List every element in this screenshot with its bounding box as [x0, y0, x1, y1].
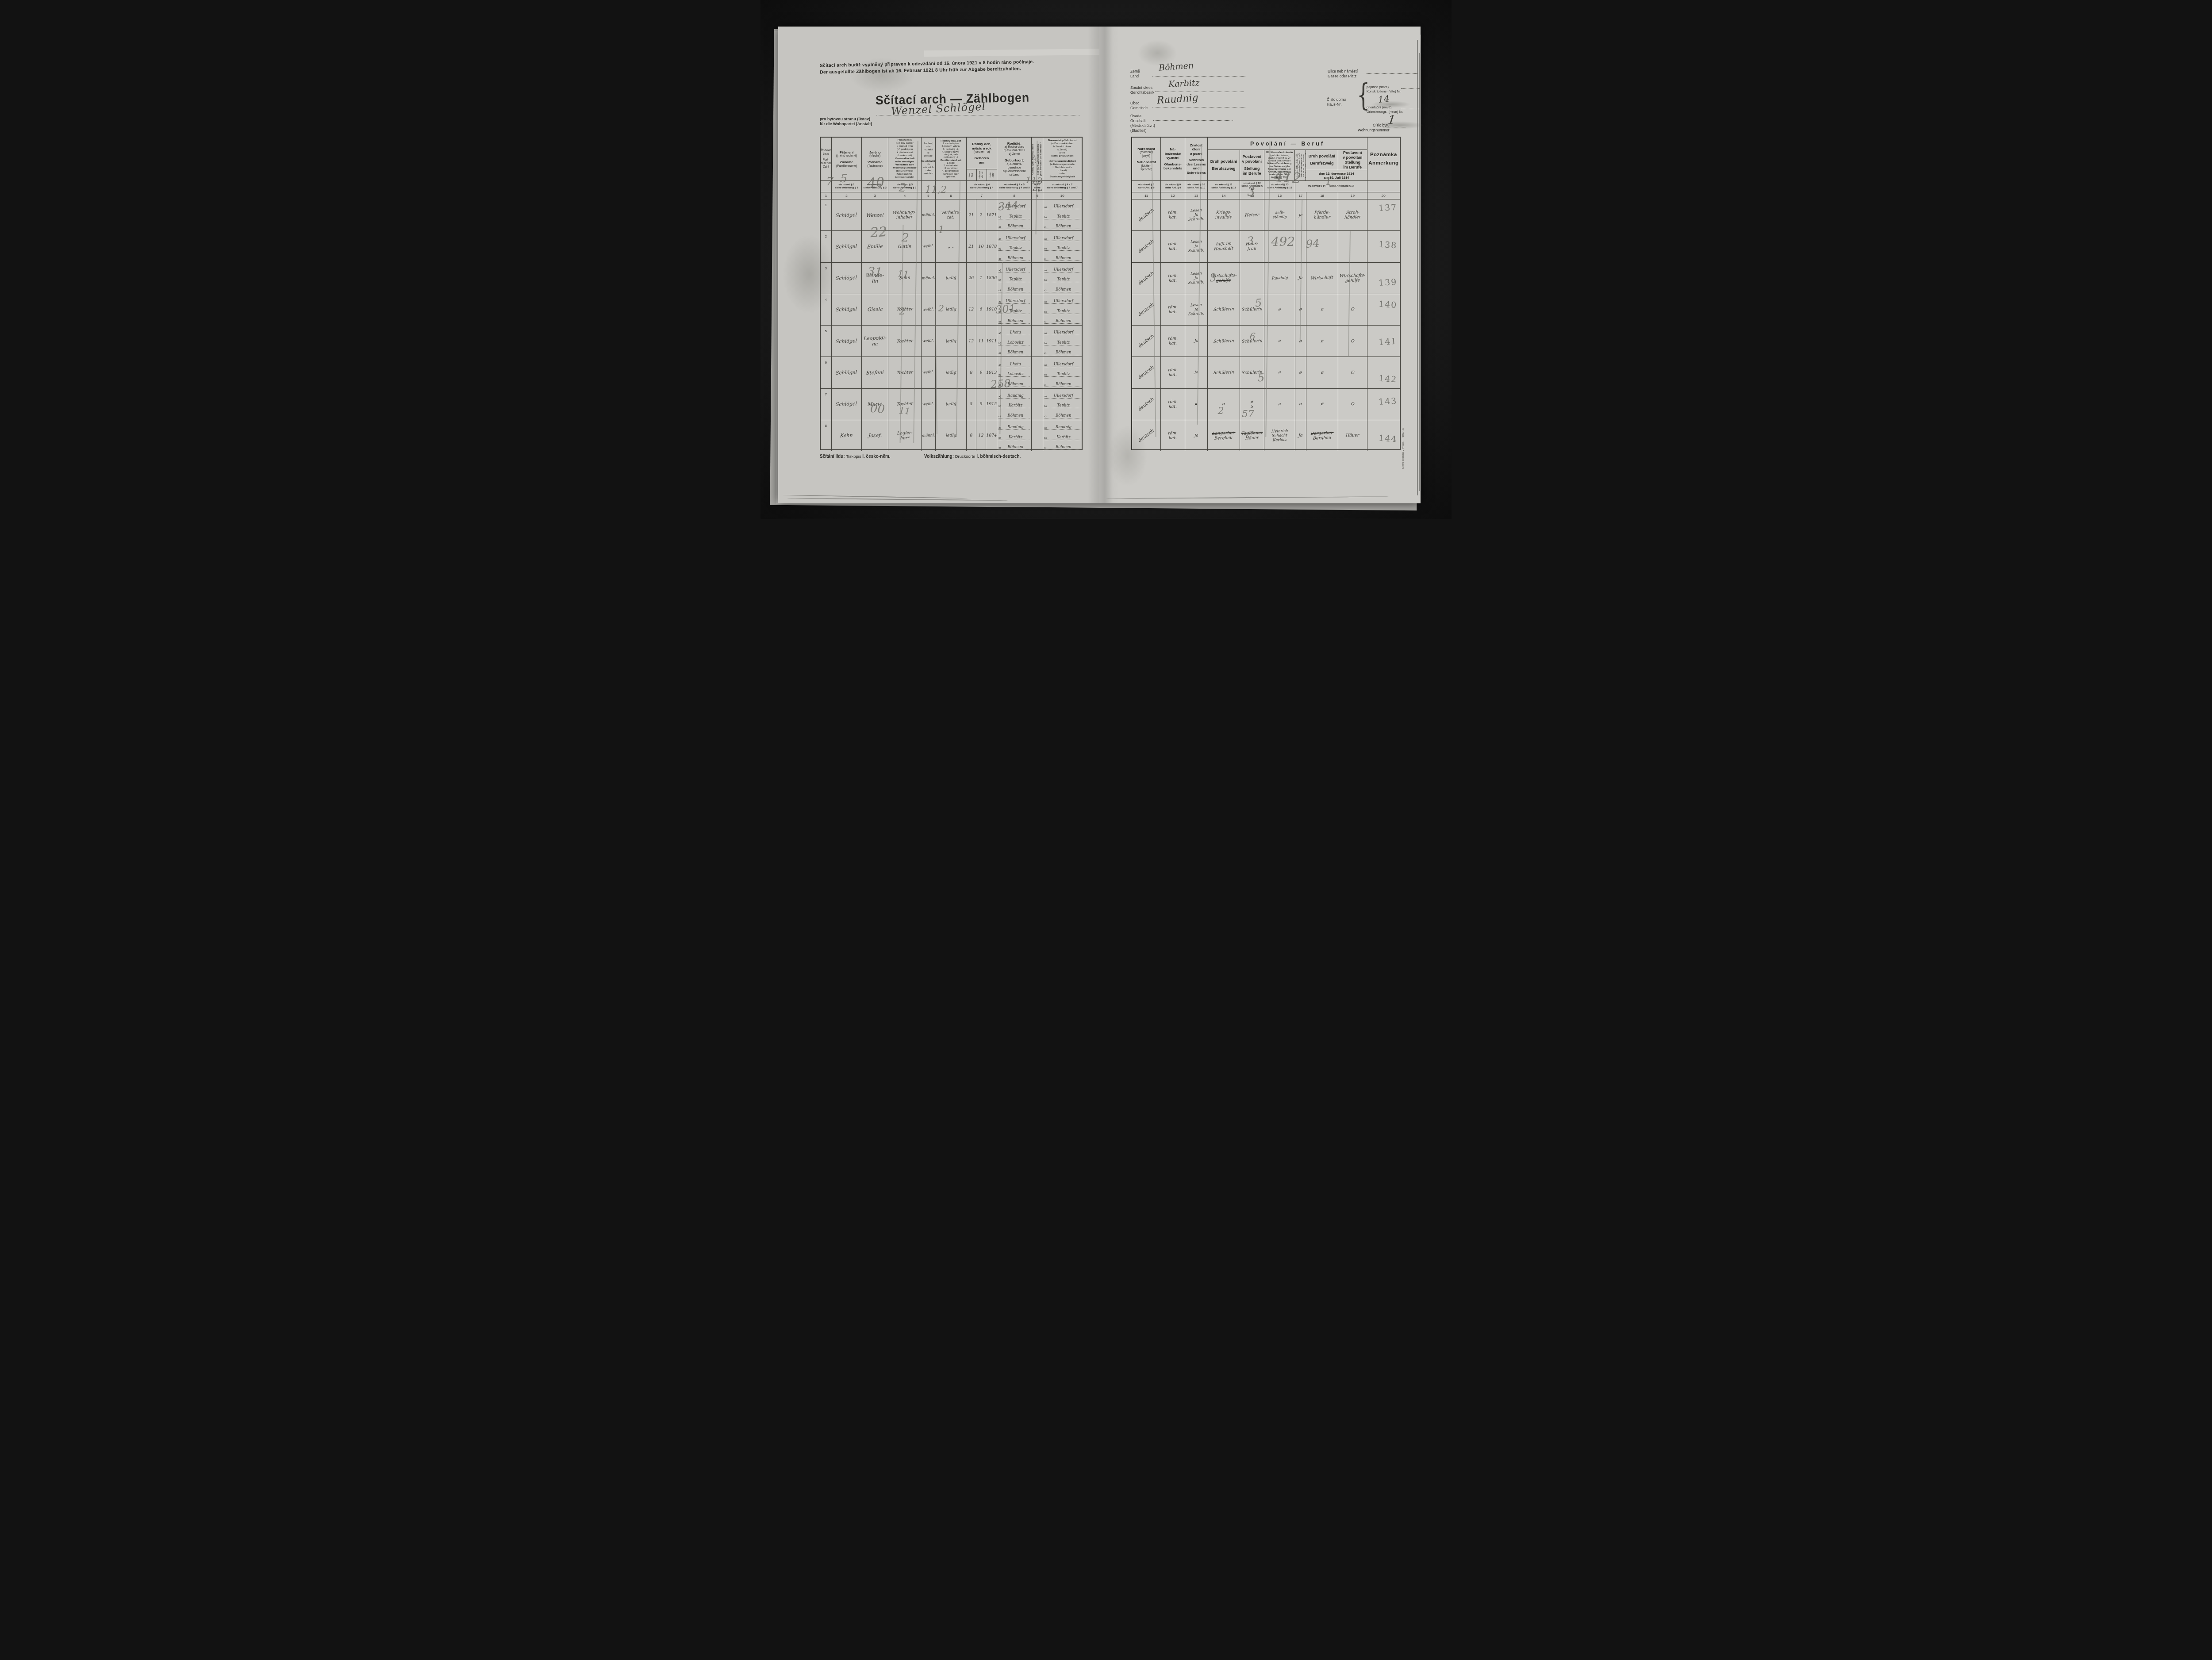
cell-col-20: 142	[1367, 357, 1400, 388]
column-header-12: Ná-boženskévyznáníGlaubens-bekenntnis	[1161, 138, 1185, 180]
table-row: deutschröm.kat.LesenJaSchreib.Wirtschaft…	[1132, 262, 1400, 294]
header-content: Rodinný stav, zda1. svobodný -á,2. ženat…	[936, 138, 966, 180]
table-row: 1SchlögelWenzelWohnungs-inhabermännl.ver…	[821, 199, 1082, 230]
cell-col-14: Wirtschafts-gehilfe	[1208, 263, 1240, 294]
land-line	[1152, 76, 1245, 77]
footnote-6	[936, 181, 967, 192]
scanned-census-sheet: Sčítací arch budiž vyplněný připraven k …	[760, 0, 1452, 519]
cell-col-5: männl.	[922, 420, 936, 451]
cell-col-15: Schülerin	[1240, 357, 1265, 388]
cell-col-14: Schülerin	[1208, 326, 1240, 357]
cell-col-12: röm.kat.	[1161, 389, 1185, 420]
column-number-15: 15	[1240, 192, 1265, 199]
footnote-4: viz návod § 3siehe Anleitung § 3	[888, 181, 921, 192]
cell-col-19: Stroh-händler	[1338, 199, 1367, 230]
cell-col-18: Pferde-händler	[1306, 199, 1339, 230]
cell-col-15	[1240, 263, 1265, 294]
cell-col-6: ledig	[936, 389, 967, 420]
header-content: Druh povoláníBerufszweig	[1306, 150, 1337, 170]
cell-col-6: „ „	[936, 231, 967, 262]
column-header-9: Od kdy bydlí zapsaná osobav obci?Seit wa…	[1032, 138, 1043, 180]
cell-col-1: 7	[821, 389, 832, 420]
column-header-17: Měla zapsaná osoba dne 16.července 1914 …	[1295, 150, 1306, 180]
header-content: Ná-boženskévyznáníGlaubens-bekenntnis	[1161, 138, 1184, 180]
cell-col-6: ledig	[936, 263, 967, 294]
column-number-20: 20	[1367, 192, 1400, 199]
cell-col-10: a)Ullersdorfb)Teplitzc)Böhmen	[1043, 326, 1082, 357]
table-row: deutschröm.kat.JaSchülerinSchülerinøøøO1…	[1132, 325, 1400, 357]
header-content: Od kdy bydlí zapsaná osobav obci?Seit wa…	[1032, 138, 1042, 180]
cell-col-7: 21101878	[967, 231, 998, 262]
cell-col-13: ø	[1185, 389, 1208, 420]
cell-col-6: ledig	[936, 357, 967, 388]
table-row: deutschröm.kat.JaLangarbei-BergbauTaglöh…	[1132, 420, 1400, 451]
cell-col-20: 141	[1367, 326, 1400, 357]
two-page-spread: Sčítací arch budiž vyplněný připraven k …	[778, 27, 1421, 503]
cell-col-16: ø	[1264, 357, 1295, 388]
column-number-9: 9	[1032, 192, 1043, 199]
cell-col-8: a)Ullersdorfb)Teplitzc)Böhmen	[997, 199, 1032, 230]
footer-german: Volkszählung: Drucksorte I. böhmisch-deu…	[924, 454, 1021, 459]
cell-col-16: ø	[1264, 389, 1295, 420]
cell-col-1: 5	[821, 326, 832, 357]
cell-col-2: Schlögel	[832, 199, 862, 230]
cell-col-7: 591915	[967, 389, 998, 420]
column-header-3: Jméno(křestní)Vorname(Taufname)	[862, 138, 888, 180]
cell-col-1: 3	[821, 263, 832, 294]
cell-col-18: Wirtschaft	[1306, 263, 1339, 294]
column-header-20: PoznámkaAnmerkung	[1367, 138, 1400, 180]
footnote-12: viz návod § 9siehe Anl. § 9	[1161, 181, 1185, 192]
cell-col-18	[1306, 231, 1339, 262]
cell-col-4: Logier-herr	[888, 420, 921, 451]
column-number-19: 19	[1338, 192, 1367, 199]
cell-col-17	[1295, 231, 1306, 262]
footnote-row: viz návod § 1siehe Anleitung § 1viz návo…	[821, 180, 1082, 192]
column-header-19: Postavenív povoláníStellungim Berufe	[1338, 150, 1367, 170]
column-header-16: Bližší označení závodu(podniku, ústavu,ú…	[1264, 150, 1295, 180]
field-land-label: Země Land	[1130, 69, 1140, 79]
pair-row: Druh povoláníBerufszweigPostavenív povol…	[1306, 150, 1367, 170]
cell-col-19: O	[1338, 357, 1367, 388]
cell-col-8: a)Ullersdorfb)Teplitzc)Böhmen	[997, 231, 1032, 262]
district-line	[1155, 92, 1244, 92]
cell-col-2: Kehn	[832, 420, 862, 451]
column-number-6: 6	[936, 192, 967, 199]
cell-col-12: röm.kat.	[1161, 357, 1185, 388]
table-row: deutschröm.kat.LesenJaSchreib.SchülerinS…	[1132, 294, 1400, 325]
cell-col-6: verheira-tet.	[936, 199, 967, 230]
table-header-row: Národnost(mateřskýjazyk)Nationalität(Mut…	[1132, 138, 1400, 180]
column-number-8: 8	[997, 192, 1032, 199]
column-header-5: Pohlaví,zdamužskéčiženskéGeschlecht,obmä…	[922, 138, 936, 180]
cell-col-19: O	[1338, 326, 1367, 357]
cell-col-14: Schülerin	[1208, 294, 1240, 325]
cell-col-16: ø	[1264, 294, 1295, 325]
table-row: deutschröm.kat.LesenJaSchreib.Kriegs-inv…	[1132, 199, 1400, 230]
cell-col-4: Tochter	[888, 357, 921, 388]
column-number-12: 12	[1161, 192, 1185, 199]
cell-col-4: Sohn	[888, 263, 921, 294]
header-content: Bližší označení závodu(podniku, ústavu,ú…	[1264, 150, 1294, 180]
cell-col-18: ø	[1306, 294, 1339, 325]
cell-col-14: ø	[1208, 389, 1240, 420]
cell-col-13: LesenJaSchreib.	[1185, 199, 1208, 230]
cell-col-16: selb-ständig	[1264, 199, 1295, 230]
cell-col-20: 144	[1367, 420, 1400, 451]
column-number-row: 12345678910	[821, 192, 1082, 199]
field-district-value: Karbitz	[1168, 78, 1200, 89]
cell-col-14: Kriegs-invalide	[1208, 199, 1240, 230]
cell-col-3: Emilie	[862, 231, 888, 262]
cell-col-11: deutsch	[1132, 263, 1161, 294]
cell-col-9	[1032, 231, 1043, 262]
cell-col-13: Ja	[1185, 357, 1208, 388]
footnote-16: viz návod § 13siehe Anleitung § 13	[1264, 181, 1295, 192]
column-number-7: 7	[967, 192, 998, 199]
cell-col-11: deutsch	[1132, 357, 1161, 388]
column-number-4: 4	[888, 192, 921, 199]
table-row: 3SchlögelWende-linSohnmännl.ledig2611896…	[821, 262, 1082, 294]
occupation-header-row: Druh povoláníBerufszweigPostavenív povol…	[1208, 150, 1367, 180]
footnote-20	[1367, 181, 1400, 192]
cell-col-16: HeinrichSchachtKarbitz	[1264, 420, 1295, 451]
table-row: 6SchlögelStefaniTochterweibl.ledig891913…	[821, 357, 1082, 388]
paper-edge	[924, 49, 1114, 57]
table-row: deutschröm.kat.LesenJaSchreib.hilft imHa…	[1132, 230, 1400, 262]
cell-col-12: röm.kat.	[1161, 294, 1185, 325]
cell-col-15: Haus-frau	[1240, 231, 1265, 262]
header-content: Domovská příslušnost(a Domovská obecb So…	[1043, 138, 1082, 180]
cell-col-4: Gattin	[888, 231, 921, 262]
column-number-18: 18	[1306, 192, 1339, 199]
left-census-table: ŘadovéčísloFort-laufendeZahlPříjmení(jmé…	[820, 137, 1083, 450]
cell-col-7: 8121874	[967, 420, 998, 451]
cell-col-3: Josef.	[862, 420, 888, 451]
cell-col-3: Marie	[862, 389, 888, 420]
cell-col-10: a)Ullersdorfb)Teplitzc)Böhmen	[1043, 263, 1082, 294]
header-content: Jméno(křestní)Vorname(Taufname)	[862, 138, 888, 180]
cell-col-19: O	[1338, 294, 1367, 325]
cell-col-15: TaglöhnerHäuer	[1240, 420, 1265, 451]
cell-col-9	[1032, 326, 1043, 357]
cell-col-2: Schlögel	[832, 326, 862, 357]
cell-col-8: a)Raudnigb)Karbitzc)Böhmen	[997, 420, 1032, 451]
column-number-10: 10	[1043, 192, 1082, 199]
cell-col-20: 138	[1367, 231, 1400, 262]
footnote-9: viz návod § 4 a 6siehe Anl. § 4 und 6	[1032, 181, 1043, 192]
cell-col-19	[1338, 231, 1367, 262]
cell-col-2: Schlögel	[832, 357, 862, 388]
table-row: 7SchlögelMarieTochterweibl.ledig591915a)…	[821, 388, 1082, 420]
cell-col-17: ø	[1295, 294, 1306, 325]
cell-col-5: weibl.	[922, 326, 936, 357]
cell-col-13: LesenJaSchreib.	[1185, 231, 1208, 262]
table-row: deutschröm.kat.JaSchülerinSchülerinøøøO1…	[1132, 357, 1400, 388]
header-content: Postavenív povoláníStellungim Berufe	[1338, 150, 1367, 170]
cell-col-7: 891913	[967, 357, 998, 388]
cell-col-13: Ja	[1185, 420, 1208, 451]
footnote-11: viz návod § 8siehe Anl. § 8	[1132, 181, 1161, 192]
printer-imprint: Státní tiskárna v Praze. — 6937-20.	[1402, 427, 1405, 469]
cell-col-18: ø	[1306, 357, 1339, 388]
cell-col-16	[1264, 231, 1295, 262]
cell-col-11: deutsch	[1132, 199, 1161, 230]
occupation-banner: Povolání — Beruf	[1208, 138, 1367, 150]
column-number-16: 16	[1264, 192, 1295, 199]
columns-18-19-group: Druh povoláníBerufszweigPostavenív povol…	[1306, 150, 1367, 180]
cell-col-15: ø5	[1240, 389, 1265, 420]
cell-col-7: 1261910	[967, 294, 998, 325]
table-row: 8KehnJosef.Logier-herrmännl.ledig8121874…	[821, 420, 1082, 451]
cell-col-4: Tochter	[888, 326, 921, 357]
cell-col-15: Schülerin	[1240, 294, 1265, 325]
header-content: Měla zapsaná osoba dne 16.července 1914 …	[1295, 150, 1306, 180]
date-subcol-label: rokuJahr	[987, 169, 997, 180]
cell-col-5: weibl.	[922, 231, 936, 262]
cell-col-1: 2	[821, 231, 832, 262]
column-header-1: ŘadovéčísloFort-laufendeZahl	[821, 138, 832, 180]
field-municipality-label: Obec Gemeinde	[1130, 101, 1148, 111]
cell-col-6: ledig	[936, 326, 967, 357]
cell-col-3: Wende-lin	[862, 263, 888, 294]
cell-col-12: röm.kat.	[1161, 326, 1185, 357]
cell-col-15: Heizer	[1240, 199, 1265, 230]
date-1914-band: dne 16. července 1914am 16. Juli 1914	[1306, 170, 1367, 180]
cell-col-12: röm.kat.	[1161, 420, 1185, 451]
cell-col-10: a)Ullersdorfb)Teplitzc)Böhmen	[1043, 357, 1082, 388]
cell-col-4: Tochter	[888, 294, 921, 325]
cell-col-8: a)Ullersdorfb)Teplitzc)Böhmen	[997, 294, 1032, 325]
cell-col-2: Schlögel	[832, 231, 862, 262]
cell-col-7: 2121871	[967, 199, 998, 230]
cell-col-18: ø	[1306, 326, 1339, 357]
column-number-2: 2	[832, 192, 862, 199]
footnote-2: viz návod § 1siehe Anleitung § 1	[832, 181, 862, 192]
column-number-17: 17	[1295, 192, 1306, 199]
footnote-1	[821, 181, 832, 192]
column-header-2: Příjmení(jméno rodinné)Zuname(Familienna…	[832, 138, 862, 180]
table-row: 5SchlögelLeopoldi-naTochterweibl.ledig12…	[821, 325, 1082, 357]
cell-col-8: a)Lhotab)Lobositzc)Böhmen	[997, 357, 1032, 388]
cell-col-18: ø	[1306, 389, 1339, 420]
cell-col-9	[1032, 199, 1043, 230]
header-content: Druh povoláníBerufszweig	[1208, 150, 1239, 180]
footnote-8: viz návod § 4 a 5siehe Anleitung § 4 und…	[997, 181, 1032, 192]
cell-col-14: Schülerin	[1208, 357, 1240, 388]
column-number-row: 11121314151617181920	[1132, 192, 1400, 199]
instructions: Sčítací arch budiž vyplněný připraven k …	[820, 58, 1094, 76]
paper-edge	[1417, 40, 1418, 495]
cell-col-5: weibl.	[922, 294, 936, 325]
footnote-5	[922, 181, 936, 192]
cell-col-11: deutsch	[1132, 326, 1161, 357]
date-subcolumns: dneTagměsíceMonatrokuJahr	[967, 169, 997, 180]
cell-col-17: Ja	[1295, 263, 1306, 294]
cell-col-11: deutsch	[1132, 294, 1161, 325]
occupation-group: Povolání — BerufDruh povoláníBerufszweig…	[1208, 138, 1367, 180]
cell-col-6: ledig	[936, 420, 967, 451]
footnote-row: viz návod § 8siehe Anl. § 8viz návod § 9…	[1132, 180, 1400, 192]
cell-col-9	[1032, 357, 1043, 388]
cell-col-19: Häuer	[1338, 420, 1367, 451]
cell-col-14: Langarbei-Bergbau	[1208, 420, 1240, 451]
cell-col-4: Wohnungs-inhaber	[888, 199, 921, 230]
house-old-label: popisné (staré) Konskriptions- (alte) Nr…	[1367, 85, 1401, 93]
cell-col-10: a)Ullersdorfb)Teplitzc)Böhmen	[1043, 294, 1082, 325]
cell-col-10: a)Ullersdorfb)Teplitzc)Böhmen	[1043, 389, 1082, 420]
cell-col-11: deutsch	[1132, 420, 1161, 451]
column-header-14: Druh povoláníBerufszweig	[1208, 150, 1240, 180]
cell-col-3: Leopoldi-na	[862, 326, 888, 357]
cell-col-12: röm.kat.	[1161, 199, 1185, 230]
cell-col-17: ø	[1295, 326, 1306, 357]
cell-col-9	[1032, 263, 1043, 294]
header-content: PoznámkaAnmerkung	[1367, 138, 1400, 180]
cell-col-5: weibl.	[922, 357, 936, 388]
cell-col-20: 143	[1367, 389, 1400, 420]
column-header-7: Rodný den,měsíc a rok(narozen -a)Geboren…	[967, 138, 998, 180]
cell-col-7: 12111911	[967, 326, 998, 357]
cell-col-8: a)Lhotab)Lobositzc)Böhmen	[997, 326, 1032, 357]
cell-col-15: Schülerin	[1240, 326, 1265, 357]
cell-col-10: a)Ullersdorfb)Teplitzc)Böhmen	[1043, 231, 1082, 262]
cell-col-19: Wirtschafts-gehilfe	[1338, 263, 1367, 294]
cell-col-3: Wenzel	[862, 199, 888, 230]
cell-col-6: ledig	[936, 294, 967, 325]
name-line	[876, 115, 1080, 115]
footnote-17-19: viz návod § 14 — siehe Anleitung § 14	[1295, 181, 1367, 192]
cell-col-1: 8	[821, 420, 832, 451]
date-subcol-label: měsíceMonat	[977, 169, 987, 180]
cell-col-10: a)Raudnigb)Karbitzc)Böhmen	[1043, 420, 1082, 451]
footnote-13: viz návod § 10siehe Anl. § 10	[1185, 181, 1208, 192]
table-row: 4SchlögelGiselaTochterweibl.ledig1261910…	[821, 294, 1082, 325]
header-content: ŘadovéčísloFort-laufendeZahl	[821, 138, 831, 180]
cell-col-3: Stefani	[862, 357, 888, 388]
column-header-8: Rodiště:a) Rodná obecb) Soudní okresc) Z…	[997, 138, 1032, 180]
table-row: 2SchlögelEmilieGattinweibl.„ „21101878a)…	[821, 230, 1082, 262]
field-district-label: Soudní okres Gerichtsbezirk	[1130, 85, 1154, 95]
header-content: Příbuzenskýneb jiný poměrk majiteli bytu…	[888, 138, 921, 180]
cell-col-17: ø	[1295, 357, 1306, 388]
center-fold	[1088, 27, 1119, 503]
column-header-18: Druh povoláníBerufszweig	[1306, 150, 1338, 170]
footnote-15: viz návod § 12siehe Anleitung § 12	[1240, 181, 1265, 192]
cell-col-17: ja	[1295, 199, 1306, 230]
cell-col-19: O	[1338, 389, 1367, 420]
table-row: deutschröm.kat.øøø5øøøO143	[1132, 388, 1400, 420]
cell-col-16: ø	[1264, 326, 1295, 357]
cell-col-2: Schlögel	[832, 294, 862, 325]
column-header-11: Národnost(mateřskýjazyk)Nationalität(Mut…	[1132, 138, 1161, 180]
header-content: Pohlaví,zdamužskéčiženskéGeschlecht,obmä…	[922, 138, 935, 180]
cell-col-9	[1032, 294, 1043, 325]
cell-col-17: Ja	[1295, 420, 1306, 451]
cell-col-8: a)Ullersdorfb)Teplitzc)Böhmen	[997, 263, 1032, 294]
cell-col-5: männl.	[922, 199, 936, 230]
field-settlement-label: Osada Ortschaft (Městská čtvrt) (Stadtte…	[1130, 114, 1155, 133]
cell-col-14: hilft imHaushalt	[1208, 231, 1240, 262]
cell-col-4: Tochter	[888, 389, 921, 420]
footnote-10: viz návod § 4 a 7siehe Anleitung § 4 und…	[1043, 181, 1082, 192]
cell-col-12: röm.kat.	[1161, 263, 1185, 294]
column-header-15: Postavenív povoláníStellungim Berufe	[1240, 150, 1265, 180]
cell-col-13: LesenJaSchreib.	[1185, 263, 1208, 294]
cell-col-3: Gisela	[862, 294, 888, 325]
cell-col-7: 2611896	[967, 263, 998, 294]
column-header-10: Domovská příslušnost(a Domovská obecb So…	[1043, 138, 1082, 180]
column-number-1: 1	[821, 192, 832, 199]
header-content: Národnost(mateřskýjazyk)Nationalität(Mut…	[1132, 138, 1160, 180]
cell-col-13: LesenJaSchreib.	[1185, 294, 1208, 325]
cell-col-17: ø	[1295, 389, 1306, 420]
column-number-3: 3	[862, 192, 888, 199]
header-content: Rodný den,měsíc a rok(narozen -a)Geboren…	[967, 138, 997, 169]
cell-col-20: 140	[1367, 294, 1400, 325]
footer-czech: Sčítání lidu: Tiskopis I. česko-něm.	[820, 454, 891, 459]
municipality-line	[1152, 107, 1245, 107]
cell-col-13: Ja	[1185, 326, 1208, 357]
column-number-13: 13	[1185, 192, 1208, 199]
table-header-row: ŘadovéčísloFort-laufendeZahlPříjmení(jmé…	[821, 138, 1082, 180]
column-header-13: Znalostčtenía psaníKenntnisdes Lesensund…	[1185, 138, 1208, 180]
field-street-label: Ulice neb náměstí Gasse oder Platz	[1328, 69, 1358, 79]
settlement-line	[1153, 120, 1233, 121]
column-header-4: Příbuzenskýneb jiný poměrk majiteli bytu…	[888, 138, 921, 180]
cell-col-16: Raudnig	[1264, 263, 1295, 294]
footnote-3: viz návod § 2siehe Anleitung § 2	[862, 181, 888, 192]
footnote-14: viz návod § 11siehe Anleitung § 11	[1208, 181, 1240, 192]
subtitle-german: für die Wohnpartei (Anstalt)	[820, 122, 872, 127]
cell-col-11: deutsch	[1132, 231, 1161, 262]
column-number-5: 5	[922, 192, 936, 199]
cell-col-20: 139	[1367, 263, 1400, 294]
column-number-14: 14	[1208, 192, 1240, 199]
date-subcol-label: dneTag	[967, 169, 977, 180]
cell-col-20: 137	[1367, 199, 1400, 230]
cell-col-2: Schlögel	[832, 389, 862, 420]
street-line	[1367, 73, 1417, 74]
cell-col-18: Bergarbei-Bergbau	[1306, 420, 1339, 451]
right-census-table: Národnost(mateřskýjazyk)Nationalität(Mut…	[1131, 137, 1401, 450]
cell-col-2: Schlögel	[832, 263, 862, 294]
subtitle: pro bytovou stranu (ústav) für die Wohnp…	[820, 117, 872, 127]
cell-col-8: a)Raudnigb)Karbitzc)Böhmen	[997, 389, 1032, 420]
column-number-11: 11	[1132, 192, 1161, 199]
field-house-label: Číslo domu Haus-Nr.	[1327, 97, 1346, 107]
header-content: Postavenív povoláníStellungim Berufe	[1240, 150, 1264, 180]
cell-col-1: 1	[821, 199, 832, 230]
cell-col-1: 6	[821, 357, 832, 388]
cell-col-11: deutsch	[1132, 389, 1161, 420]
pencil-smudge	[1371, 101, 1411, 108]
footnote-7: viz návod § 4siehe Anleitung § 4	[967, 181, 998, 192]
cell-col-1: 4	[821, 294, 832, 325]
paper-edge	[1419, 53, 1420, 491]
paper-edge	[787, 498, 1008, 501]
cell-col-5: weibl.	[922, 389, 936, 420]
cell-col-5: männl.	[922, 263, 936, 294]
cell-col-12: röm.kat.	[1161, 231, 1185, 262]
header-content: Znalostčtenía psaníKenntnisdes Lesensund…	[1185, 138, 1207, 180]
header-content: Rodiště:a) Rodná obecb) Soudní okresc) Z…	[997, 138, 1031, 180]
cell-col-9	[1032, 389, 1043, 420]
cell-col-10: a)Ullersdorfb)Teplitzc)Böhmen	[1043, 199, 1082, 230]
subtitle-czech: pro bytovou stranu (ústav)	[820, 117, 872, 122]
column-header-6: Rodinný stav, zda1. svobodný -á,2. ženat…	[936, 138, 967, 180]
cell-col-9	[1032, 420, 1043, 451]
